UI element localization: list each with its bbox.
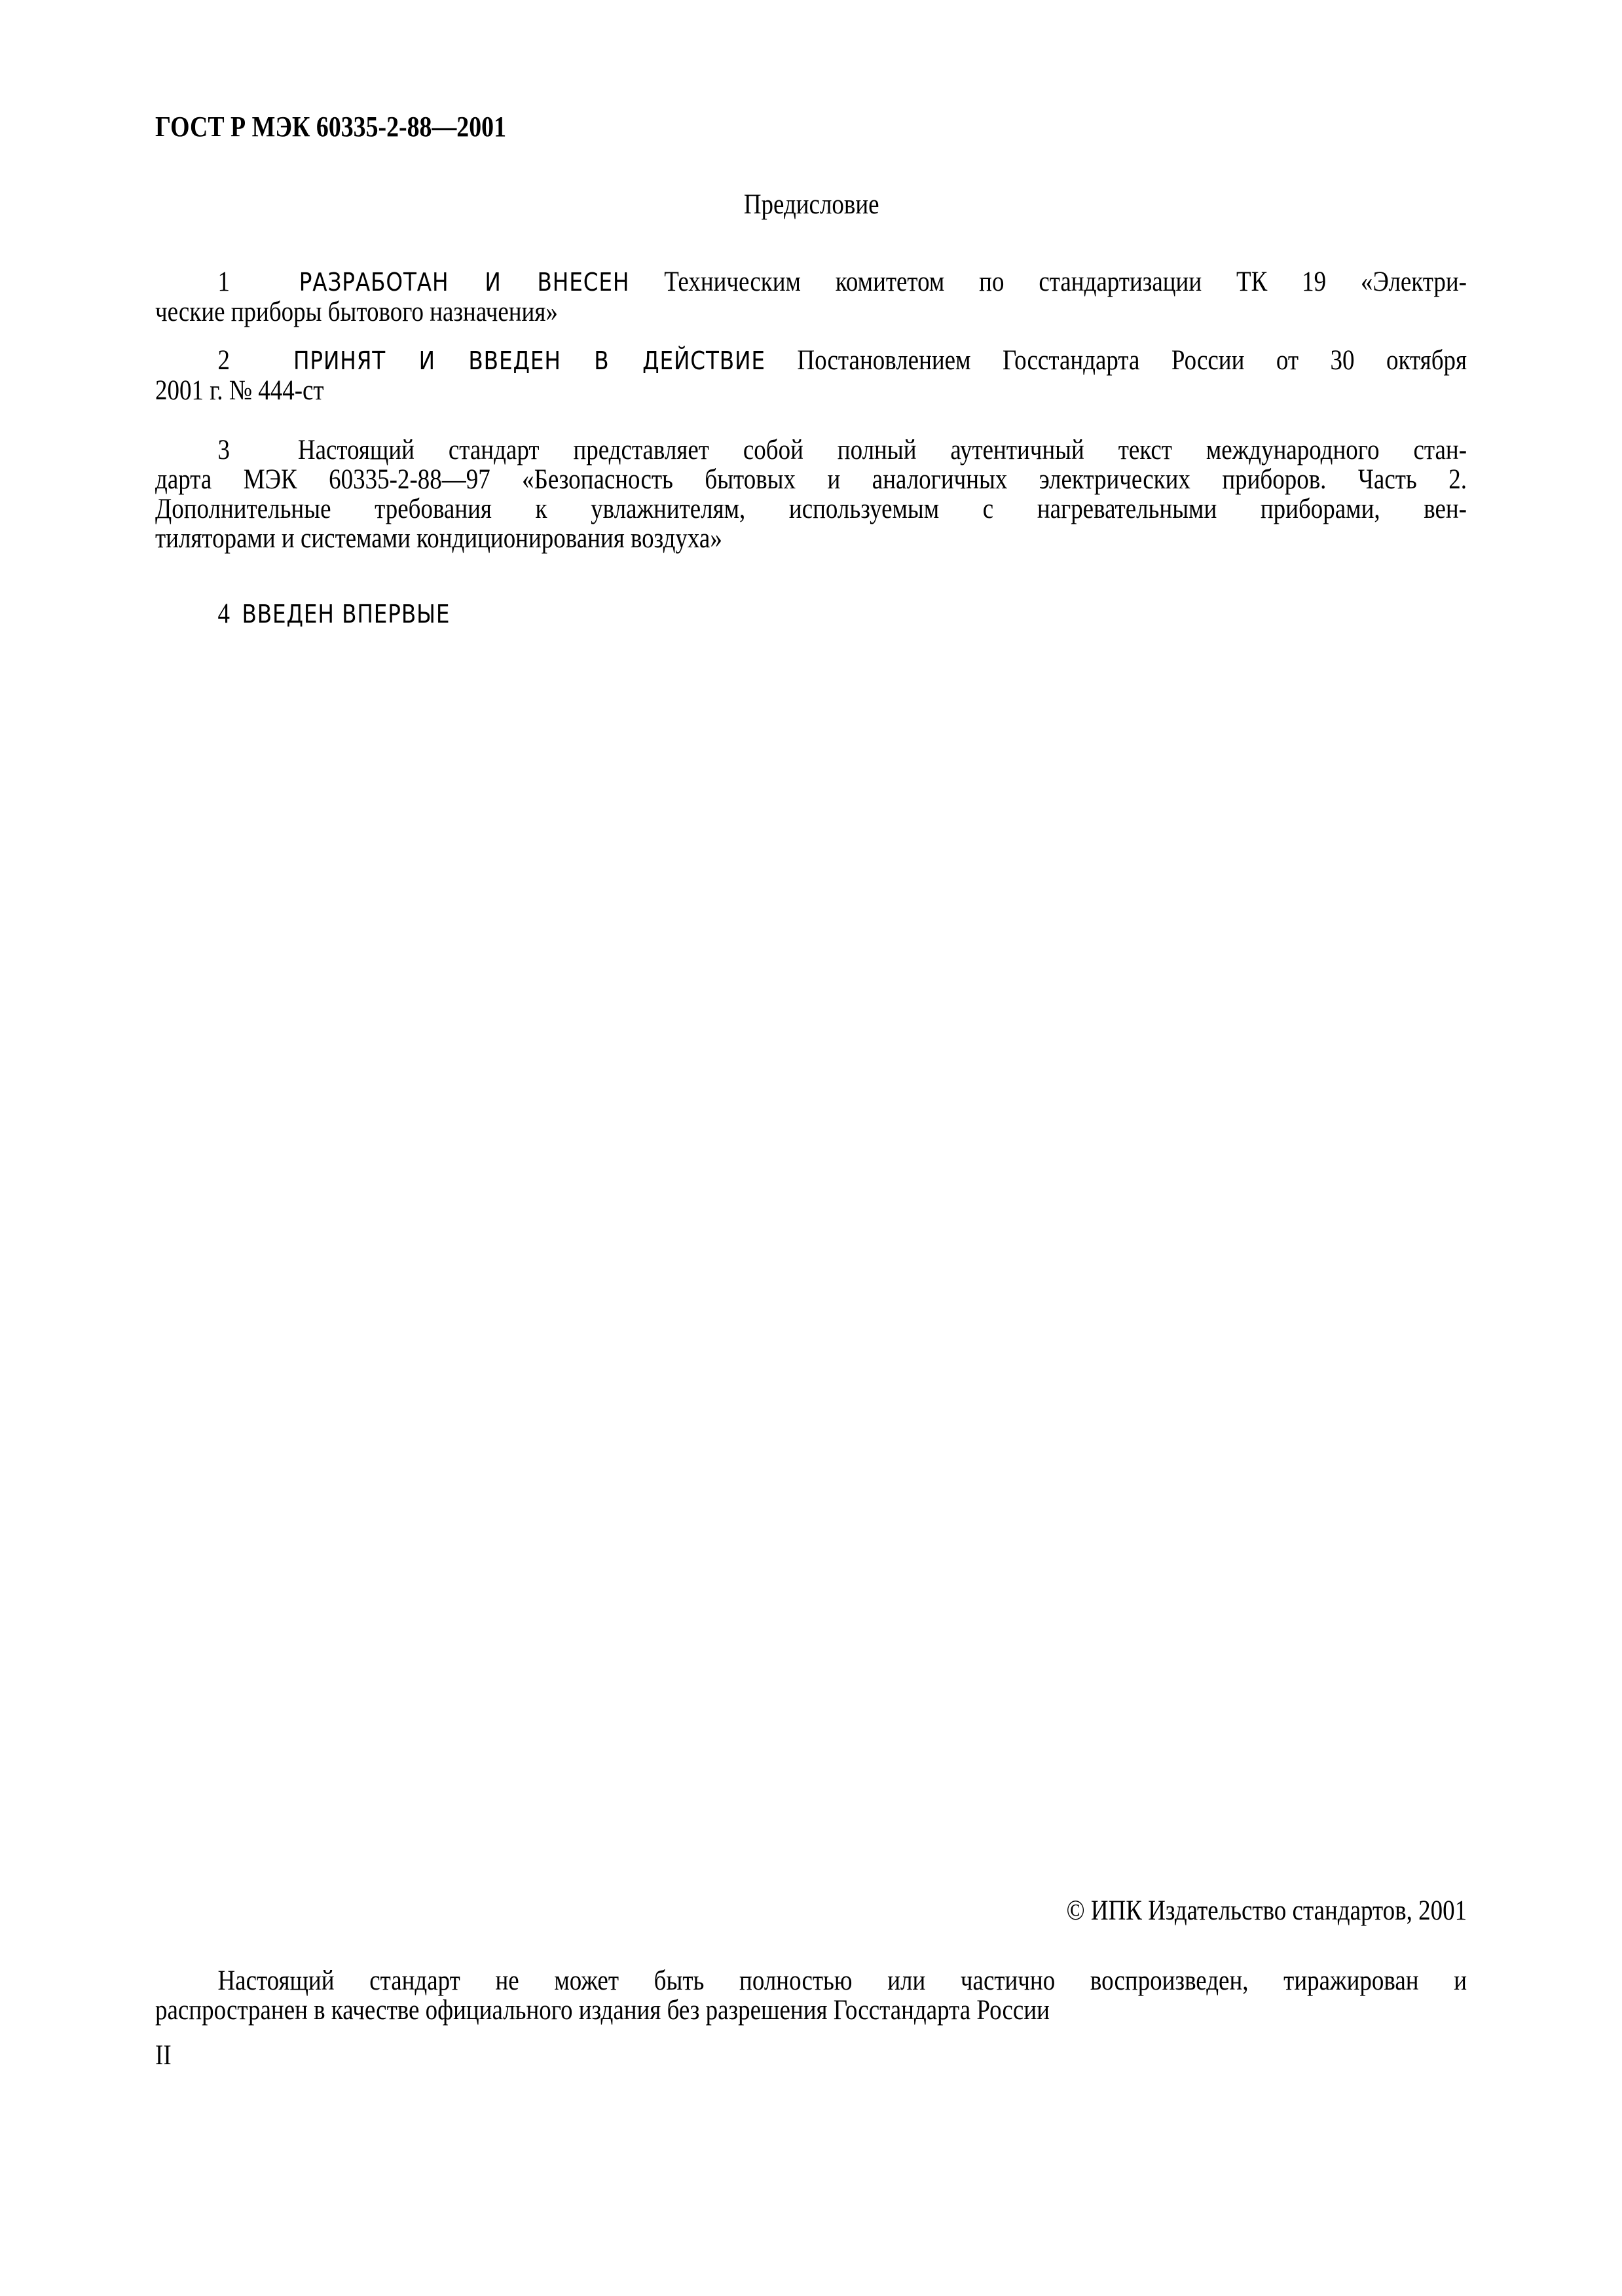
foreword-item-3-line-3: Дополнительные требования к увлажнителям… bbox=[155, 494, 1467, 524]
item-text: Техническим комитетом по стандартизации … bbox=[629, 266, 1467, 297]
document-page: ГОСТ Р МЭК 60335-2-88—2001 Предисловие 1… bbox=[0, 0, 1622, 2296]
foreword-item-3-line-2: дарта МЭК 60335-2-88—97 «Безопасность бы… bbox=[155, 465, 1467, 494]
item-number: 3 bbox=[217, 435, 229, 465]
reproduction-notice-line-1: Настоящий стандарт не может быть полност… bbox=[155, 1966, 1467, 1995]
foreword-item-4-line-1: 4 ВВЕДЕН ВПЕРВЫЕ bbox=[155, 599, 1467, 629]
foreword-item-2-line-1: 2 ПРИНЯТ И ВВЕДЕН В ДЕЙСТВИЕ Постановлен… bbox=[155, 346, 1467, 376]
section-heading-foreword: Предисловие bbox=[0, 189, 1622, 221]
foreword-item-3-line-1: 3 Настоящий стандарт представляет собой … bbox=[155, 435, 1467, 465]
foreword-item-1: 1 РАЗРАБОТАН И ВНЕСЕН Техническим комите… bbox=[155, 267, 1467, 327]
foreword-item-1-line-1: 1 РАЗРАБОТАН И ВНЕСЕН Техническим комите… bbox=[155, 267, 1467, 297]
reproduction-notice-line-2: распространен в качестве официального из… bbox=[155, 1995, 1467, 2025]
item-caps-label: ПРИНЯТ И ВВЕДЕН В ДЕЙСТВИЕ bbox=[293, 346, 765, 375]
reproduction-notice: Настоящий стандарт не может быть полност… bbox=[155, 1966, 1467, 2025]
foreword-item-3: 3 Настоящий стандарт представляет собой … bbox=[155, 435, 1467, 553]
foreword-item-1-line-2: ческие приборы бытового назначения» bbox=[155, 297, 1467, 327]
item-number: 1 bbox=[217, 266, 229, 297]
foreword-item-2-line-2: 2001 г. № 444-ст bbox=[155, 376, 1467, 405]
foreword-item-3-line-4: тиляторами и системами кондиционирования… bbox=[155, 524, 1467, 553]
item-caps-label: ВВЕДЕН ВПЕРВЫЕ bbox=[242, 600, 450, 629]
page-number: II bbox=[155, 2039, 172, 2071]
foreword-item-2: 2 ПРИНЯТ И ВВЕДЕН В ДЕЙСТВИЕ Постановлен… bbox=[155, 346, 1467, 405]
item-text: Настоящий стандарт представляет собой по… bbox=[298, 435, 1467, 465]
copyright-notice: © ИПК Издательство стандартов, 2001 bbox=[1066, 1895, 1467, 1927]
standard-designation: ГОСТ Р МЭК 60335-2-88—2001 bbox=[155, 110, 506, 143]
item-number: 2 bbox=[217, 345, 229, 376]
item-caps-label: РАЗРАБОТАН И ВНЕСЕН bbox=[299, 268, 630, 297]
section-heading-text: Предисловие bbox=[744, 189, 879, 221]
item-text: Постановлением Госстандарта России от 30… bbox=[765, 345, 1467, 376]
foreword-item-4: 4 ВВЕДЕН ВПЕРВЫЕ bbox=[155, 599, 1467, 629]
item-number: 4 bbox=[217, 598, 229, 629]
